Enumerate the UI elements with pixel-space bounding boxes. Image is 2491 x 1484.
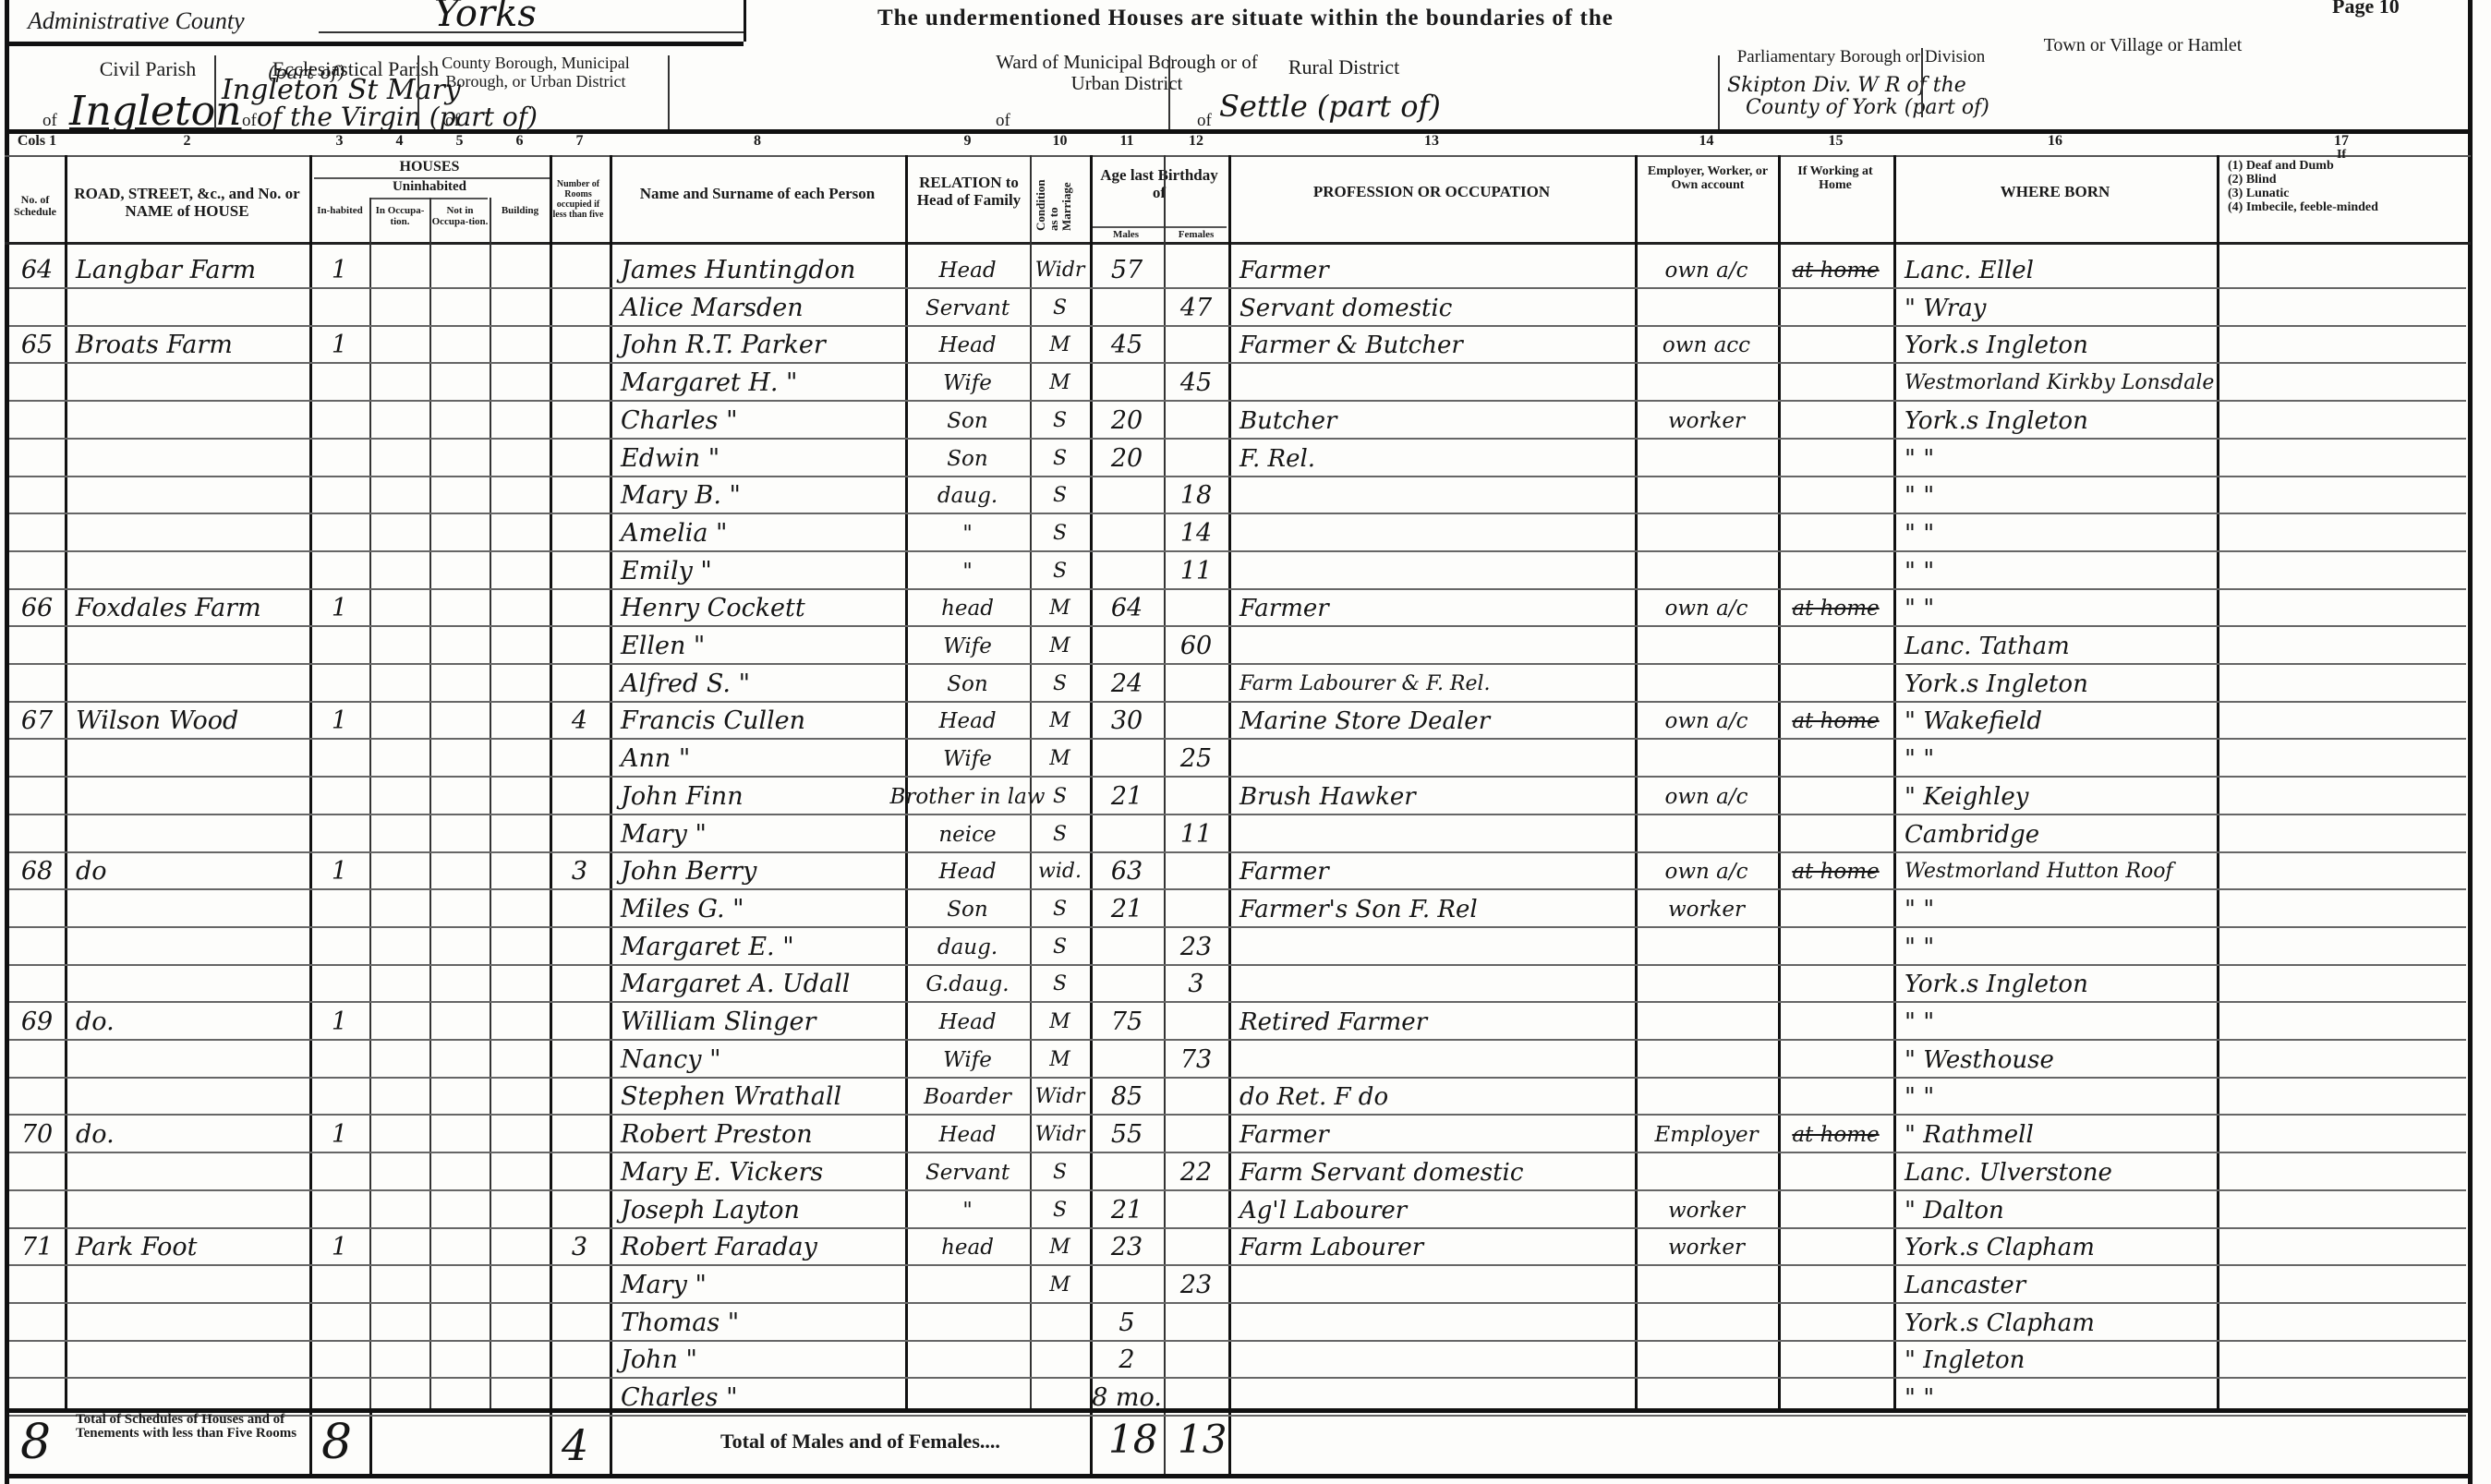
cell-male bbox=[1090, 928, 1164, 966]
cell-employ: own a/c bbox=[1635, 251, 1778, 289]
column-number: 10 bbox=[1030, 133, 1090, 150]
cell-employ: own a/c bbox=[1635, 778, 1778, 815]
cell-occupation bbox=[1239, 364, 1635, 402]
cell-inhab bbox=[309, 740, 369, 778]
cell-male bbox=[1090, 740, 1164, 778]
cell-born: " " bbox=[1905, 890, 2217, 928]
cell-home: at home bbox=[1778, 852, 1893, 890]
table-row: Alfred S. "SonS24Farm Labourer & F. Rel.… bbox=[0, 665, 2491, 703]
cell-male: 21 bbox=[1090, 890, 1164, 928]
table-row: John FinnBrother in lawS21Brush Hawkerow… bbox=[0, 778, 2491, 815]
cell-name: Alfred S. " bbox=[621, 665, 905, 703]
cell-male bbox=[1090, 1041, 1164, 1079]
table-row: 69do.1William SlingerHeadM75Retired Farm… bbox=[0, 1003, 2491, 1041]
cell-male bbox=[1090, 514, 1164, 552]
cell-home bbox=[1778, 1153, 1893, 1191]
cell-name: Emily " bbox=[621, 552, 905, 590]
cell-cond: S bbox=[1030, 402, 1090, 440]
admin-box-bottom bbox=[5, 42, 744, 46]
cell-cond: S bbox=[1030, 477, 1090, 514]
cell-house bbox=[76, 740, 309, 778]
cell-relation: " bbox=[905, 1191, 1030, 1229]
table-row: Margaret A. UdallG.daug.S3York.s Ingleto… bbox=[0, 965, 2491, 1003]
cell-house bbox=[76, 1304, 309, 1342]
town-label: Town or Village or Hamlet bbox=[1940, 35, 2346, 56]
cell-male: 64 bbox=[1090, 589, 1164, 627]
cell-home bbox=[1778, 552, 1893, 590]
cell-female bbox=[1164, 1191, 1228, 1229]
table-row: 65Broats Farm1John R.T. ParkerHeadM45Far… bbox=[0, 326, 2491, 364]
table-row: Mary "neiceS11Cambridge bbox=[0, 815, 2491, 853]
cell-inhab bbox=[309, 1341, 369, 1379]
cell-born: " Dalton bbox=[1905, 1191, 2217, 1229]
cell-inhab bbox=[309, 440, 369, 477]
cell-inhab: 1 bbox=[309, 1116, 369, 1153]
cell-cond: S bbox=[1030, 552, 1090, 590]
cell-house bbox=[76, 665, 309, 703]
cell-male: 24 bbox=[1090, 665, 1164, 703]
cell-rooms bbox=[550, 627, 610, 665]
cell-relation: head bbox=[905, 1228, 1030, 1266]
parl-borough-value-1: Skipton Div. W R of the bbox=[1727, 74, 1966, 97]
cell-female bbox=[1164, 665, 1228, 703]
cell-name: Henry Cockett bbox=[621, 589, 905, 627]
cell-rooms bbox=[550, 1078, 610, 1116]
cell-occupation: Farm Labourer & F. Rel. bbox=[1239, 665, 1635, 703]
cell-home bbox=[1778, 326, 1893, 364]
cell-employ: own a/c bbox=[1635, 852, 1778, 890]
table-row: Edwin "SonS20F. Rel." " bbox=[0, 440, 2491, 477]
cell-house bbox=[76, 1341, 309, 1379]
parish-divider-3 bbox=[668, 55, 670, 134]
cell-name: Ann " bbox=[621, 740, 905, 778]
cell-relation: G.daug. bbox=[905, 965, 1030, 1003]
cell-cond: Widr bbox=[1030, 251, 1090, 289]
cell-female bbox=[1164, 326, 1228, 364]
cell-rooms: 3 bbox=[550, 852, 610, 890]
rural-district-value: Settle (part of) bbox=[1219, 89, 1441, 124]
column-number: 13 bbox=[1228, 133, 1635, 150]
infirmity-option: (1) Deaf and Dumb bbox=[2228, 159, 2466, 173]
cell-relation: Servant bbox=[905, 289, 1030, 327]
civil-parish-of: of bbox=[42, 111, 57, 131]
column-number: 2 bbox=[65, 133, 309, 150]
cell-employ bbox=[1635, 1341, 1778, 1379]
cell-employ bbox=[1635, 740, 1778, 778]
cell-infirm bbox=[2217, 552, 2466, 590]
cell-infirm bbox=[2217, 1003, 2466, 1041]
header-bottom-rule bbox=[5, 242, 2471, 245]
cell-name: Mary " bbox=[621, 815, 905, 853]
cell-home bbox=[1778, 665, 1893, 703]
cell-inhab bbox=[309, 778, 369, 815]
rural-district-label: Rural District bbox=[1228, 55, 1459, 79]
cell-employ bbox=[1635, 665, 1778, 703]
cell-occupation: Farmer bbox=[1239, 251, 1635, 289]
cell-infirm bbox=[2217, 890, 2466, 928]
cell-female bbox=[1164, 890, 1228, 928]
table-row: Emily ""S11" " bbox=[0, 552, 2491, 590]
cell-house bbox=[76, 514, 309, 552]
cell-cond: M bbox=[1030, 1266, 1090, 1304]
total-schedules: 8 bbox=[20, 1415, 51, 1470]
cell-inhab bbox=[309, 552, 369, 590]
cell-female bbox=[1164, 402, 1228, 440]
cell-inhab: 1 bbox=[309, 326, 369, 364]
header-males: Males bbox=[1092, 229, 1160, 240]
cell-house: do bbox=[76, 852, 309, 890]
cell-born: " Rathmell bbox=[1905, 1116, 2217, 1153]
cell-rooms bbox=[550, 589, 610, 627]
cell-home: at home bbox=[1778, 1116, 1893, 1153]
cell-house bbox=[76, 402, 309, 440]
cell-rooms bbox=[550, 1341, 610, 1379]
cell-rooms bbox=[550, 1003, 610, 1041]
column-number: 8 bbox=[610, 133, 905, 150]
table-row: Thomas "5York.s Clapham bbox=[0, 1304, 2491, 1342]
cell-relation: daug. bbox=[905, 928, 1030, 966]
cell-female: 22 bbox=[1164, 1153, 1228, 1191]
cell-occupation: Farm Servant domestic bbox=[1239, 1153, 1635, 1191]
cell-employ bbox=[1635, 965, 1778, 1003]
cell-male: 75 bbox=[1090, 1003, 1164, 1041]
total-rule bbox=[369, 1408, 372, 1474]
cell-cond: Widr bbox=[1030, 1116, 1090, 1153]
cell-infirm bbox=[2217, 1041, 2466, 1079]
cell-rooms bbox=[550, 1116, 610, 1153]
cell-female bbox=[1164, 1228, 1228, 1266]
cell-born: York.s Clapham bbox=[1905, 1228, 2217, 1266]
cell-male: 45 bbox=[1090, 326, 1164, 364]
cell-female: 47 bbox=[1164, 289, 1228, 327]
cell-infirm bbox=[2217, 1266, 2466, 1304]
cell-cond: S bbox=[1030, 890, 1090, 928]
cell-relation: " bbox=[905, 552, 1030, 590]
cell-born: Cambridge bbox=[1905, 815, 2217, 853]
cell-home bbox=[1778, 1078, 1893, 1116]
cell-house: Wilson Wood bbox=[76, 702, 309, 740]
cell-sched bbox=[9, 1341, 65, 1379]
cell-name: Ellen " bbox=[621, 627, 905, 665]
total-rule bbox=[1090, 1408, 1093, 1474]
header-inhabited: In-habited bbox=[311, 205, 369, 216]
cell-name: Mary E. Vickers bbox=[621, 1153, 905, 1191]
cell-rooms bbox=[550, 778, 610, 815]
cell-house bbox=[76, 965, 309, 1003]
cell-male: 57 bbox=[1090, 251, 1164, 289]
cell-female bbox=[1164, 778, 1228, 815]
cell-cond: S bbox=[1030, 1153, 1090, 1191]
cell-female bbox=[1164, 1304, 1228, 1342]
cell-male bbox=[1090, 1266, 1164, 1304]
cell-cond bbox=[1030, 1304, 1090, 1342]
cell-sched: 68 bbox=[9, 852, 65, 890]
cell-home bbox=[1778, 477, 1893, 514]
infirmity-option: (3) Lunatic bbox=[2228, 187, 2466, 200]
cell-infirm bbox=[2217, 665, 2466, 703]
cell-employ: Employer bbox=[1635, 1116, 1778, 1153]
cell-male bbox=[1090, 1153, 1164, 1191]
header-schedule: No. of Schedule bbox=[7, 194, 63, 218]
cell-inhab bbox=[309, 289, 369, 327]
cell-occupation: Marine Store Dealer bbox=[1239, 702, 1635, 740]
cell-infirm bbox=[2217, 1153, 2466, 1191]
cell-infirm bbox=[2217, 1304, 2466, 1342]
cell-occupation: Farmer bbox=[1239, 1116, 1635, 1153]
cell-female: 23 bbox=[1164, 1266, 1228, 1304]
county-borough-of: of bbox=[445, 111, 460, 131]
cell-infirm bbox=[2217, 852, 2466, 890]
cell-rooms bbox=[550, 890, 610, 928]
cell-infirm bbox=[2217, 440, 2466, 477]
cell-cond: M bbox=[1030, 589, 1090, 627]
cell-cond: M bbox=[1030, 326, 1090, 364]
cell-inhab bbox=[309, 665, 369, 703]
cell-relation: Son bbox=[905, 890, 1030, 928]
cell-employ bbox=[1635, 440, 1778, 477]
cell-relation: daug. bbox=[905, 477, 1030, 514]
cell-male: 55 bbox=[1090, 1116, 1164, 1153]
cell-relation: Son bbox=[905, 665, 1030, 703]
table-row: Alice MarsdenServantS47Servant domestic"… bbox=[0, 289, 2491, 327]
cell-female bbox=[1164, 440, 1228, 477]
cell-sched: 65 bbox=[9, 326, 65, 364]
cell-employ bbox=[1635, 477, 1778, 514]
cell-male: 20 bbox=[1090, 440, 1164, 477]
cell-inhab bbox=[309, 402, 369, 440]
cell-name: John R.T. Parker bbox=[621, 326, 905, 364]
cell-inhab: 1 bbox=[309, 1003, 369, 1041]
cell-occupation: Brush Hawker bbox=[1239, 778, 1635, 815]
table-row: Margaret E. "daug.S23" " bbox=[0, 928, 2491, 966]
cell-sched bbox=[9, 778, 65, 815]
cell-relation: Wife bbox=[905, 740, 1030, 778]
cell-name: James Huntingdon bbox=[621, 251, 905, 289]
cell-name: Miles G. " bbox=[621, 890, 905, 928]
cell-house bbox=[76, 364, 309, 402]
cell-infirm bbox=[2217, 1341, 2466, 1379]
cell-house bbox=[76, 1153, 309, 1191]
cell-name: Francis Cullen bbox=[621, 702, 905, 740]
column-number: 6 bbox=[490, 133, 550, 150]
cell-infirm bbox=[2217, 589, 2466, 627]
cell-sched bbox=[9, 1304, 65, 1342]
cell-cond: Widr bbox=[1030, 1078, 1090, 1116]
cell-sched bbox=[9, 1078, 65, 1116]
cell-house bbox=[76, 1191, 309, 1229]
header-road: ROAD, STREET, &c., and No. or NAME of HO… bbox=[69, 185, 305, 220]
cell-born: York.s Ingleton bbox=[1905, 665, 2217, 703]
cell-name: Margaret A. Udall bbox=[621, 965, 905, 1003]
header-age: Age last Birthday of bbox=[1094, 166, 1224, 201]
header-in-occupation: In Occupa-tion. bbox=[371, 205, 429, 227]
cell-sched bbox=[9, 965, 65, 1003]
cell-occupation: Farmer bbox=[1239, 852, 1635, 890]
cell-born: " Wray bbox=[1905, 289, 2217, 327]
cell-sched bbox=[9, 665, 65, 703]
cell-sched: 67 bbox=[9, 702, 65, 740]
cell-occupation: Ag'l Labourer bbox=[1239, 1191, 1635, 1229]
cell-inhab bbox=[309, 965, 369, 1003]
header-occupation: PROFESSION OR OCCUPATION bbox=[1238, 183, 1626, 201]
cell-employ: own a/c bbox=[1635, 589, 1778, 627]
cell-employ bbox=[1635, 627, 1778, 665]
cell-infirm bbox=[2217, 928, 2466, 966]
cell-employ bbox=[1635, 1153, 1778, 1191]
cell-rooms bbox=[550, 1304, 610, 1342]
cell-male bbox=[1090, 289, 1164, 327]
cell-born: Lanc. Ellel bbox=[1905, 251, 2217, 289]
cell-born: Westmorland Kirkby Lonsdale bbox=[1905, 364, 2217, 402]
cell-male: 63 bbox=[1090, 852, 1164, 890]
cell-sched bbox=[9, 740, 65, 778]
cell-female: 60 bbox=[1164, 627, 1228, 665]
cell-house bbox=[76, 1266, 309, 1304]
table-row: 66Foxdales Farm1Henry CockettheadM64Farm… bbox=[0, 589, 2491, 627]
column-number: 14 bbox=[1635, 133, 1778, 150]
cell-sched bbox=[9, 1191, 65, 1229]
header-where-born: WHERE BORN bbox=[1898, 183, 2212, 201]
cell-cond: S bbox=[1030, 928, 1090, 966]
cell-female: 3 bbox=[1164, 965, 1228, 1003]
cell-inhab bbox=[309, 627, 369, 665]
parish-divider-5 bbox=[1718, 55, 1720, 134]
cell-house bbox=[76, 778, 309, 815]
cell-occupation bbox=[1239, 1041, 1635, 1079]
cell-cond: M bbox=[1030, 1041, 1090, 1079]
cell-cond: M bbox=[1030, 1228, 1090, 1266]
total-separator bbox=[1164, 1408, 1166, 1474]
cell-relation: Wife bbox=[905, 1041, 1030, 1079]
header-condition: Condition as to Marriage bbox=[1034, 179, 1073, 231]
cell-rooms bbox=[550, 402, 610, 440]
table-row: Mary "M23Lancaster bbox=[0, 1266, 2491, 1304]
cell-employ bbox=[1635, 514, 1778, 552]
cell-house bbox=[76, 477, 309, 514]
cell-employ: worker bbox=[1635, 402, 1778, 440]
cell-relation: " bbox=[905, 514, 1030, 552]
cell-rooms bbox=[550, 289, 610, 327]
cell-born: " " bbox=[1905, 740, 2217, 778]
cell-home bbox=[1778, 514, 1893, 552]
cell-rooms bbox=[550, 364, 610, 402]
cell-cond: S bbox=[1030, 514, 1090, 552]
cell-inhab bbox=[309, 1078, 369, 1116]
cell-inhab bbox=[309, 1304, 369, 1342]
cell-occupation: Farmer & Butcher bbox=[1239, 326, 1635, 364]
cell-rooms: 4 bbox=[550, 702, 610, 740]
cell-born: " " bbox=[1905, 440, 2217, 477]
cell-relation: Head bbox=[905, 251, 1030, 289]
cell-sched bbox=[9, 289, 65, 327]
cell-employ bbox=[1635, 1304, 1778, 1342]
cell-born: York.s Ingleton bbox=[1905, 326, 2217, 364]
column-number: 12 bbox=[1164, 133, 1228, 150]
header-rooms: Number of Rooms occupied if less than fi… bbox=[550, 179, 607, 220]
cell-female: 14 bbox=[1164, 514, 1228, 552]
cell-inhab: 1 bbox=[309, 1228, 369, 1266]
cell-sched bbox=[9, 552, 65, 590]
cell-home bbox=[1778, 289, 1893, 327]
cell-rooms bbox=[550, 965, 610, 1003]
column-number: 9 bbox=[905, 133, 1030, 150]
total-rule bbox=[550, 1408, 552, 1474]
cell-cond: M bbox=[1030, 364, 1090, 402]
table-row: 68do13John BerryHeadwid.63Farmerown a/ca… bbox=[0, 852, 2491, 890]
cell-name: Joseph Layton bbox=[621, 1191, 905, 1229]
cell-female: 25 bbox=[1164, 740, 1228, 778]
cell-female bbox=[1164, 1078, 1228, 1116]
cell-home bbox=[1778, 1266, 1893, 1304]
cell-name: Thomas " bbox=[621, 1304, 905, 1342]
cell-cond: S bbox=[1030, 440, 1090, 477]
cell-female: 11 bbox=[1164, 815, 1228, 853]
total-schedules-label: Total of Schedules of Houses and of Tene… bbox=[76, 1413, 302, 1441]
cell-rooms bbox=[550, 552, 610, 590]
cell-male bbox=[1090, 364, 1164, 402]
cell-relation: Wife bbox=[905, 364, 1030, 402]
cell-name: Margaret E. " bbox=[621, 928, 905, 966]
column-number: 16 bbox=[1893, 133, 2217, 150]
cell-male bbox=[1090, 965, 1164, 1003]
cell-born: York.s Ingleton bbox=[1905, 402, 2217, 440]
cell-occupation: F. Rel. bbox=[1239, 440, 1635, 477]
cell-male bbox=[1090, 627, 1164, 665]
column-number: 15 bbox=[1778, 133, 1893, 150]
cell-rooms bbox=[550, 1191, 610, 1229]
table-row: Mary E. VickersServantS22Farm Servant do… bbox=[0, 1153, 2491, 1191]
cell-male bbox=[1090, 815, 1164, 853]
cell-female bbox=[1164, 589, 1228, 627]
cell-male: 30 bbox=[1090, 702, 1164, 740]
cell-infirm bbox=[2217, 402, 2466, 440]
cell-male: 21 bbox=[1090, 1191, 1164, 1229]
cell-home bbox=[1778, 627, 1893, 665]
cell-inhab: 1 bbox=[309, 589, 369, 627]
cell-sched bbox=[9, 514, 65, 552]
cell-female bbox=[1164, 1003, 1228, 1041]
admin-box-edge bbox=[744, 0, 746, 42]
cell-occupation bbox=[1239, 627, 1635, 665]
cell-infirm bbox=[2217, 1228, 2466, 1266]
cell-infirm bbox=[2217, 326, 2466, 364]
table-row: Nancy "WifeM73" Westhouse bbox=[0, 1041, 2491, 1079]
table-row: Charles "SonS20ButcherworkerYork.s Ingle… bbox=[0, 402, 2491, 440]
cell-house: do. bbox=[76, 1116, 309, 1153]
cell-cond: wid. bbox=[1030, 852, 1090, 890]
cell-inhab bbox=[309, 514, 369, 552]
census-page: Administrative County Yorks The undermen… bbox=[0, 0, 2491, 1484]
total-rooms: 4 bbox=[562, 1420, 588, 1470]
cell-home bbox=[1778, 740, 1893, 778]
cell-employ bbox=[1635, 364, 1778, 402]
cell-inhab bbox=[309, 1191, 369, 1229]
cell-infirm bbox=[2217, 965, 2466, 1003]
cell-occupation bbox=[1239, 514, 1635, 552]
cell-house: Park Foot bbox=[76, 1228, 309, 1266]
cell-employ bbox=[1635, 552, 1778, 590]
cell-female: 11 bbox=[1164, 552, 1228, 590]
admin-county-value: Yorks bbox=[434, 0, 537, 35]
cell-employ bbox=[1635, 815, 1778, 853]
cell-cond: S bbox=[1030, 965, 1090, 1003]
cell-name: Mary B. " bbox=[621, 477, 905, 514]
row-rule bbox=[9, 1415, 2466, 1417]
cell-female bbox=[1164, 702, 1228, 740]
parish-divider-6 bbox=[1921, 48, 1923, 117]
cell-sched bbox=[9, 1041, 65, 1079]
cell-cond: M bbox=[1030, 702, 1090, 740]
